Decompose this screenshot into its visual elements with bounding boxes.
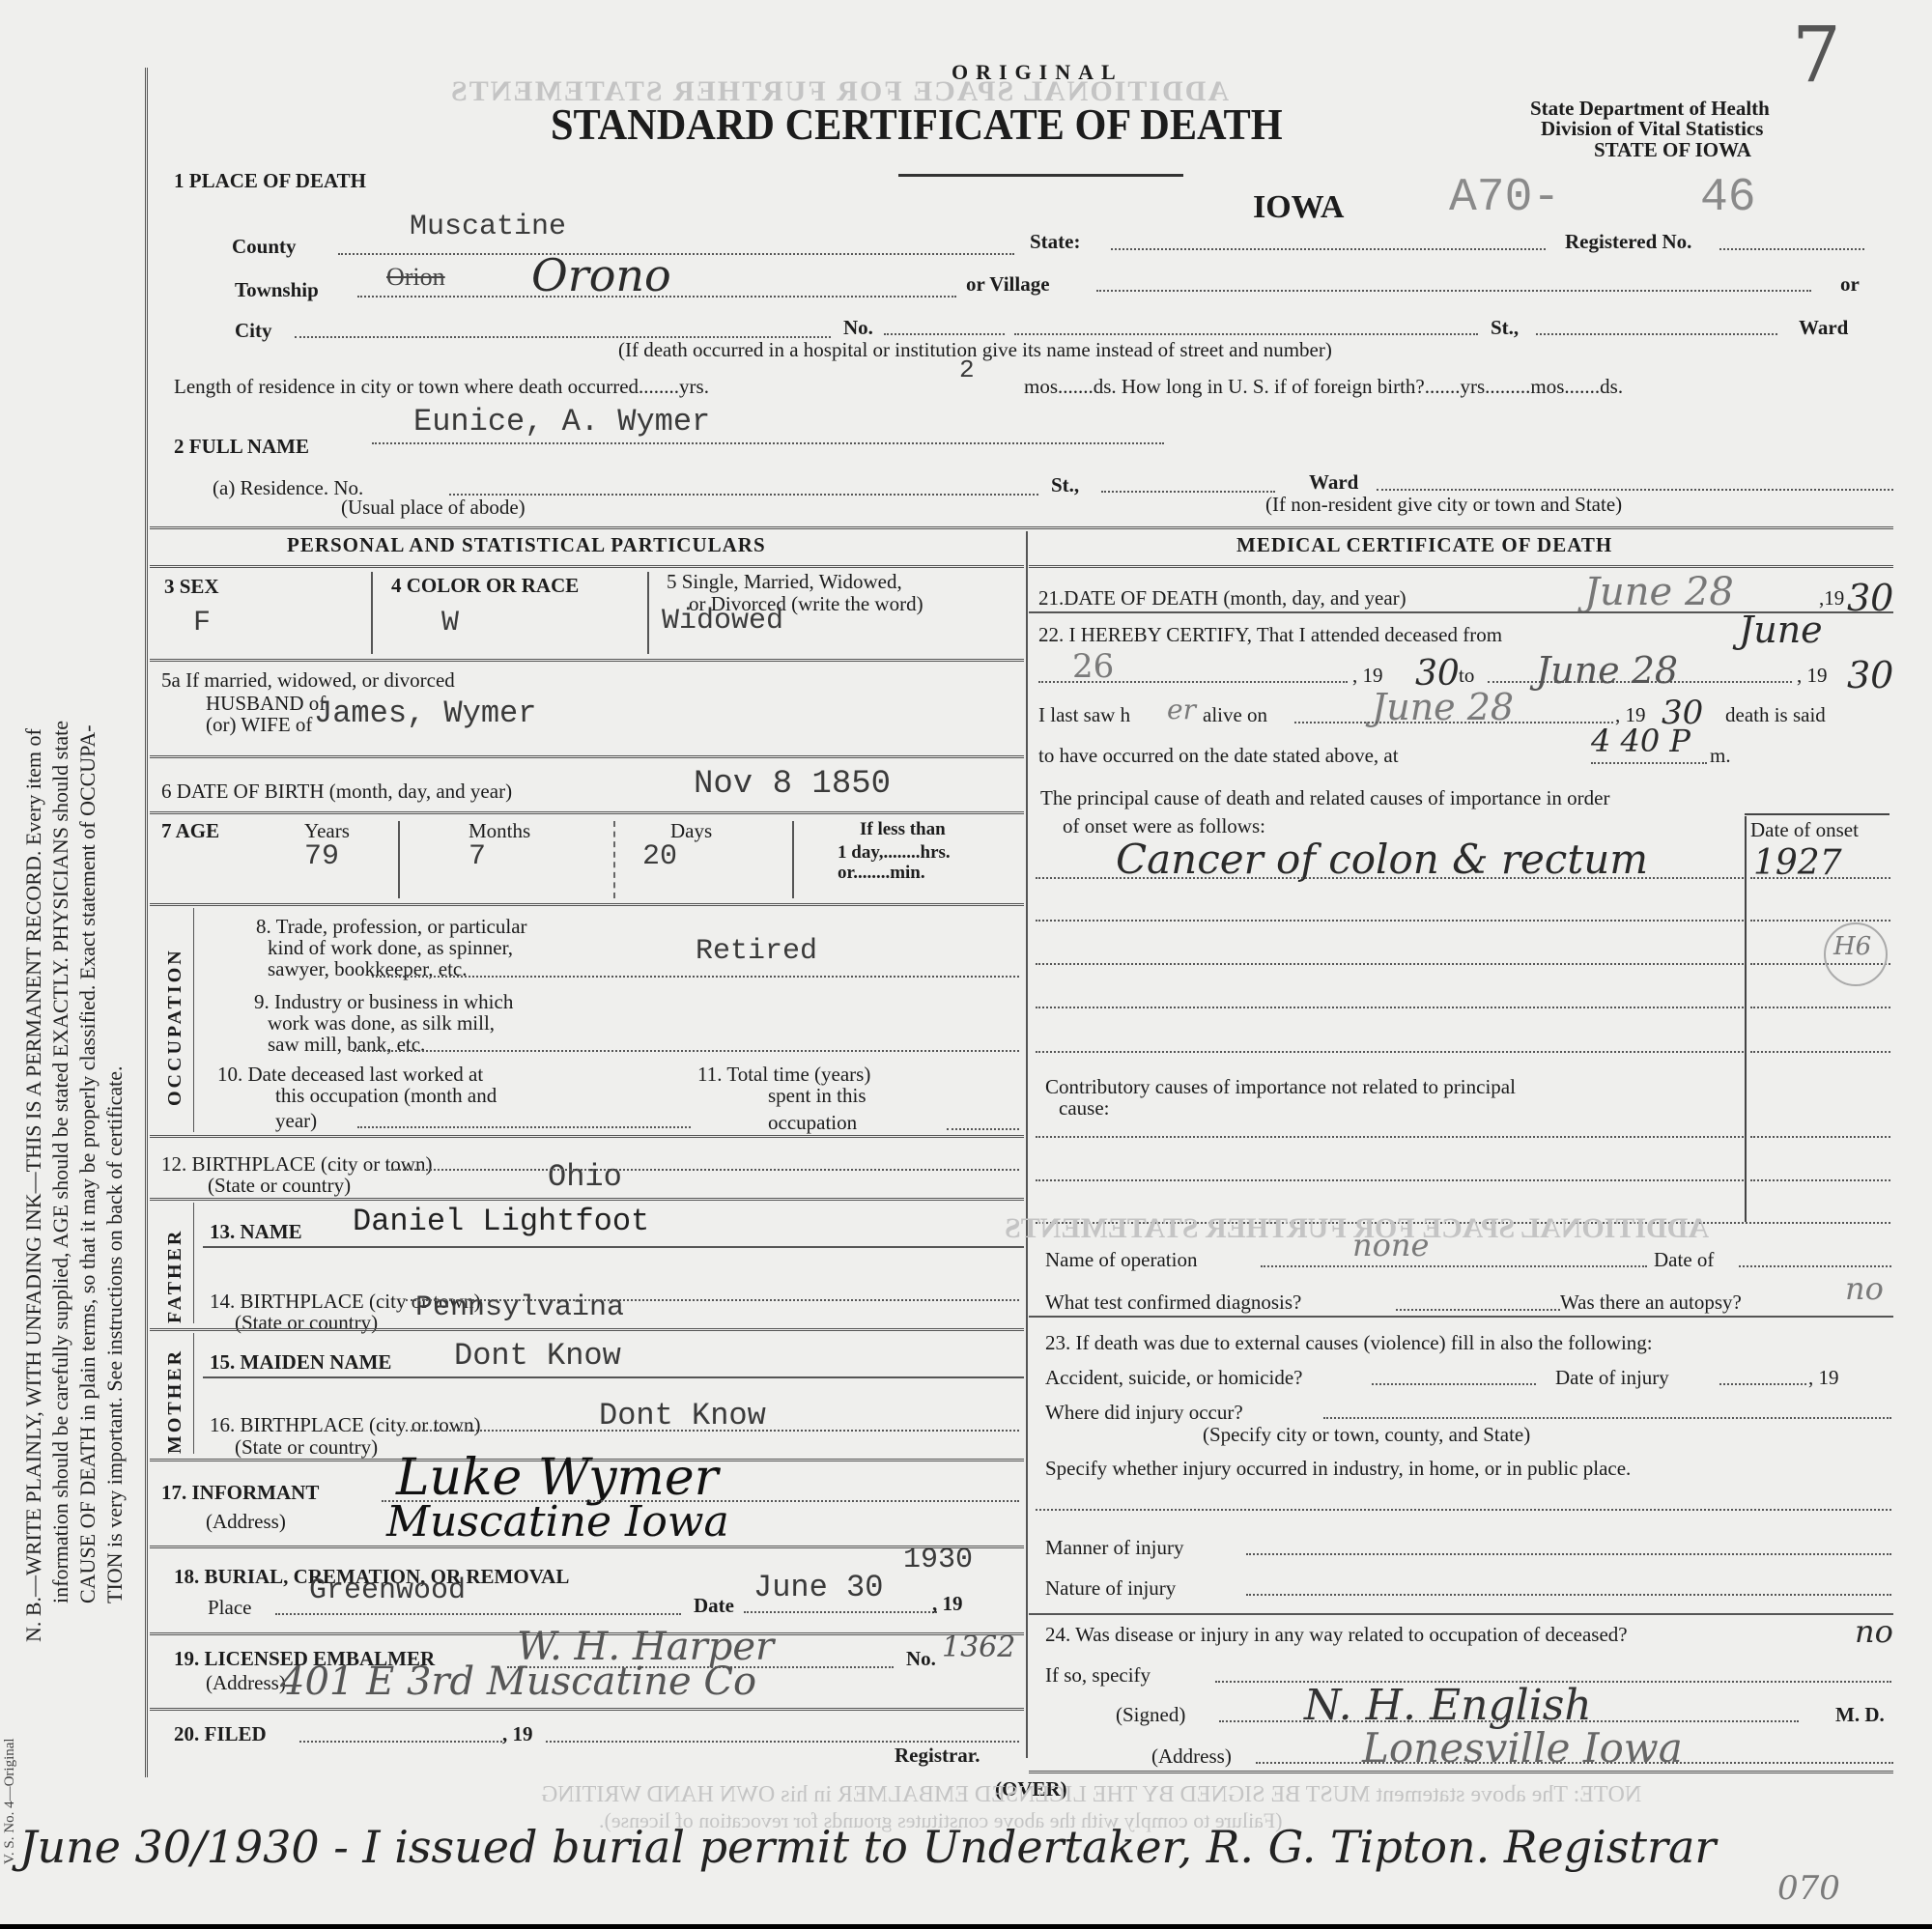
q11-line2: spent in this	[768, 1084, 867, 1108]
embalmer-no-value: 1362	[942, 1631, 1015, 1664]
nature-line	[1246, 1594, 1891, 1596]
row-divider	[1029, 565, 1893, 568]
signed-label: (Signed)	[1116, 1703, 1185, 1727]
residence-st-line	[1101, 491, 1275, 493]
mother-maiden-value: Dont Know	[454, 1338, 621, 1374]
city-no-label: No.	[843, 316, 873, 340]
certify-to-year-label: , 19	[1797, 664, 1828, 688]
physician-address-value: Lonesville Iowa	[1362, 1724, 1683, 1772]
contributory-label-1: Contributory causes of importance not re…	[1045, 1075, 1516, 1099]
age-label: 7 AGE	[161, 819, 219, 843]
birthplace-value: Ohio	[548, 1159, 622, 1195]
informant-label: 17. INFORMANT	[161, 1481, 319, 1505]
row-divider	[1029, 1613, 1893, 1615]
mother-birthplace-label-2: (State or country)	[235, 1435, 378, 1460]
cell-divider	[792, 821, 794, 898]
row-divider	[150, 1198, 1024, 1201]
certify-from-year-label: , 19	[1352, 664, 1383, 688]
injury-date-label: Date of injury	[1555, 1366, 1669, 1390]
contributory-onset-line-2	[1750, 1179, 1890, 1181]
where-injury-label: Where did injury occur?	[1045, 1401, 1243, 1425]
nature-label: Nature of injury	[1045, 1576, 1176, 1601]
date-of-death-year-label: ,19	[1819, 586, 1844, 610]
cause-of-death-value: Cancer of colon & rectum	[1116, 836, 1648, 883]
father-side-label: FATHER	[164, 1229, 186, 1323]
full-name-line	[372, 442, 1164, 444]
margin-instruction-line3: CAUSE OF DEATH in plain terms, so that i…	[75, 724, 100, 1603]
row-divider	[150, 1708, 1024, 1711]
contributory-line-1	[1036, 1136, 1744, 1138]
less-than-label-3: or........min.	[838, 863, 925, 884]
if-so-label: If so, specify	[1045, 1663, 1151, 1688]
where-injury-line	[1323, 1417, 1891, 1419]
autopsy-label: Was there an autopsy?	[1560, 1291, 1742, 1315]
village-field-line	[1096, 290, 1811, 292]
spouse-label-1: 5a If married, widowed, or divorced	[161, 668, 455, 693]
race-label: 4 COLOR OR RACE	[391, 574, 579, 598]
certify-to-year: 30	[1847, 654, 1893, 696]
section-divider	[150, 526, 1893, 529]
personal-section-title: PERSONAL AND STATISTICAL PARTICULARS	[287, 533, 766, 557]
occupation-value: Retired	[696, 935, 817, 968]
operation-date-line	[1739, 1265, 1891, 1267]
date-of-death-label: 21.DATE OF DEATH (month, day, and year)	[1038, 586, 1406, 610]
cause-line-1	[1036, 877, 1744, 879]
certify-to-line	[1488, 681, 1792, 683]
margin-instruction-line4: TION is very important. See instructions…	[102, 1065, 128, 1603]
row-divider	[150, 565, 1024, 568]
embalmer-no-label: No.	[906, 1647, 936, 1671]
full-name-label: 2 FULL NAME	[174, 435, 309, 459]
mother-birthplace-value: Dont Know	[599, 1398, 766, 1433]
burial-place-label: Place	[208, 1596, 251, 1620]
embalmer-address-label: (Address)	[206, 1671, 286, 1695]
last-saw-label: I last saw h	[1038, 703, 1130, 727]
injury-date-line	[1719, 1383, 1806, 1385]
filed-registrar-line	[546, 1741, 1019, 1743]
burial-date-line	[744, 1611, 937, 1613]
age-days-value: 20	[642, 840, 677, 873]
less-than-label-1: If less than	[860, 819, 946, 840]
place-of-death-label: 1 PLACE OF DEATH	[174, 169, 366, 193]
certify-to-value: June 28	[1536, 649, 1678, 692]
occurred-label: to have occurred on the date stated abov…	[1038, 744, 1399, 768]
county-label: County	[232, 235, 297, 259]
sex-value: F	[193, 607, 211, 639]
corner-handwritten-mark: 7	[1792, 10, 1841, 99]
dept-line3: STATE OF IOWA	[1594, 138, 1751, 162]
village-label: or Village	[966, 272, 1050, 297]
row-divider	[203, 1376, 1024, 1378]
last-saw-alive-label: alive on	[1203, 703, 1267, 727]
test-line	[1396, 1309, 1560, 1311]
residence-length-rest: mos.......ds. How long in U. S. if of fo…	[1024, 375, 1623, 399]
margin-instruction-line1: N. B.—WRITE PLAINLY, WITH UNFADING INK—T…	[21, 728, 46, 1642]
last-saw-pronoun: er	[1167, 694, 1196, 725]
registrar-handwritten-note: June 30/1930 - I issued burial permit to…	[19, 1821, 1716, 1873]
state-label: State:	[1030, 230, 1080, 254]
state-field-line	[1111, 248, 1546, 250]
margin-instruction-line2: information should be carefully supplied…	[48, 721, 73, 1603]
township-field-line	[357, 296, 956, 298]
row-divider	[150, 903, 1024, 906]
external-causes-label: 23. If death was due to external causes …	[1045, 1331, 1653, 1355]
row-divider	[150, 1546, 1024, 1548]
row-divider	[150, 659, 1024, 662]
city-ward-label: Ward	[1799, 316, 1848, 340]
specify-injury-label: Specify whether injury occurred in indus…	[1045, 1457, 1631, 1481]
township-struck-value: Orion	[386, 263, 445, 292]
center-divider	[1026, 531, 1028, 1758]
father-birthplace-label-2: (State or country)	[235, 1311, 378, 1335]
onset-column-divider	[1745, 816, 1747, 1222]
spouse-value: James, Wymer	[314, 695, 536, 731]
row-divider	[1029, 1771, 1893, 1773]
side-label-divider	[193, 1203, 194, 1323]
side-label-divider	[193, 1333, 194, 1454]
birthplace-label-2: (State or country)	[208, 1174, 351, 1198]
registration-stamp-number: 46	[1700, 172, 1756, 224]
informant-address-value: Muscatine Iowa	[386, 1497, 729, 1546]
spouse-label-3: (or) WIFE of	[206, 713, 312, 737]
row-divider	[150, 1328, 1024, 1331]
mother-side-label: MOTHER	[164, 1348, 186, 1454]
death-said-label: death is said	[1725, 703, 1826, 727]
dob-label: 6 DATE OF BIRTH (month, day, and year)	[161, 780, 512, 804]
city-street-line	[1014, 333, 1478, 335]
father-name-label: 13. NAME	[210, 1220, 302, 1244]
city-label: City	[235, 319, 272, 343]
burial-year-label: , 19	[932, 1592, 963, 1616]
manner-label: Manner of injury	[1045, 1536, 1183, 1560]
sex-label: 3 SEX	[164, 575, 219, 599]
certify-label: 22. I HEREBY CERTIFY, That I attended de…	[1038, 623, 1502, 647]
age-months-value: 7	[469, 840, 486, 873]
physician-signature: N. H. English	[1304, 1681, 1592, 1730]
city-st-label: St.,	[1491, 316, 1519, 340]
certify-from-month: June	[1739, 609, 1823, 651]
marital-value: Widowed	[662, 605, 783, 638]
residence-st-label: St.,	[1051, 473, 1079, 497]
township-label: Township	[235, 278, 319, 302]
occurred-time-value: 4 40 P	[1591, 723, 1690, 759]
county-value: Muscatine	[410, 211, 566, 243]
township-value: Orono	[531, 249, 671, 301]
row-divider	[203, 1246, 1024, 1248]
filed-date-line	[299, 1741, 502, 1743]
certify-from-day: 26	[1072, 647, 1114, 686]
q10-line3: year)	[275, 1109, 317, 1133]
cell-divider	[371, 572, 373, 654]
full-name-value: Eunice, A. Wymer	[413, 404, 710, 440]
registered-no-label: Registered No.	[1565, 230, 1691, 254]
race-value: W	[441, 607, 459, 639]
registration-stamp-prefix: A70-	[1449, 172, 1560, 224]
q11-line3: occupation	[768, 1111, 857, 1135]
abode-note: (Usual place of abode)	[341, 496, 526, 520]
registrar-label: Registrar.	[895, 1744, 980, 1768]
q8-line3: sawyer, bookkeeper, etc.	[268, 957, 467, 981]
cell-divider	[613, 821, 615, 898]
certify-to-label: to	[1459, 664, 1474, 688]
medical-section-title: MEDICAL CERTIFICATE OF DEATH	[1236, 533, 1612, 557]
hospital-note: (If death occurred in a hospital or inst…	[618, 338, 1332, 362]
injury-year-label: , 19	[1808, 1366, 1839, 1390]
residence-length-label: Length of residence in city or town wher…	[174, 375, 709, 399]
nonresident-note: (If non-resident give city or town and S…	[1265, 493, 1622, 517]
cause-line-4	[1036, 1007, 1744, 1008]
mother-birthplace-line	[406, 1430, 1019, 1432]
residence-ward-line	[1377, 489, 1893, 491]
form-number: V. S. No. 4—Original	[2, 1738, 18, 1864]
certify-from-line	[1038, 681, 1348, 683]
onset-line-1	[1750, 877, 1890, 879]
residence-months-value: 2	[959, 355, 975, 384]
row-divider	[150, 811, 1024, 814]
city-no-line	[884, 333, 1005, 335]
cause-intro-1: The principal cause of death and related…	[1040, 786, 1610, 810]
occupation-side-label: OCCUPATION	[164, 948, 186, 1106]
md-label: M. D.	[1835, 1703, 1885, 1727]
test-label: What test confirmed diagnosis?	[1045, 1291, 1301, 1315]
birthplace-line	[386, 1169, 1019, 1171]
physician-address-label: (Address)	[1151, 1745, 1232, 1769]
manner-line	[1246, 1553, 1891, 1555]
informant-address-label: (Address)	[206, 1510, 286, 1534]
row-divider	[150, 755, 1024, 758]
age-years-value: 79	[304, 840, 339, 873]
scan-bottom-edge	[0, 1924, 1932, 1929]
dob-value: Nov 8 1850	[694, 766, 891, 803]
row-divider	[1029, 1316, 1893, 1318]
title-rule	[898, 174, 1183, 177]
occupation-related-label: 24. Was disease or injury in any way rel…	[1045, 1623, 1628, 1647]
father-birthplace-line	[406, 1299, 1019, 1301]
where-injury-note: (Specify city or town, county, and State…	[1203, 1423, 1530, 1447]
cause-line-5	[1036, 1051, 1744, 1053]
occupation-related-value: no	[1855, 1613, 1893, 1650]
occupation-line	[372, 976, 1019, 978]
burial-place-line	[275, 1613, 681, 1615]
burial-year-value: 1930	[903, 1544, 973, 1576]
total-time-line	[947, 1128, 1019, 1130]
burial-date-label: Date	[694, 1594, 734, 1618]
burial-place-value: Greenwood	[309, 1574, 466, 1607]
original-label: ORIGINAL	[952, 60, 1123, 85]
embalmer-address-value: 401 E 3rd Muscatine Co	[280, 1660, 756, 1704]
registered-no-line	[1719, 248, 1864, 250]
state-value: IOWA	[1253, 189, 1344, 226]
mother-maiden-label: 15. MAIDEN NAME	[210, 1350, 391, 1375]
cell-divider	[647, 572, 649, 654]
onset-line-4	[1750, 1007, 1890, 1008]
side-label-divider	[193, 908, 194, 1132]
occurred-time-line	[1591, 762, 1707, 764]
operation-label: Name of operation	[1045, 1248, 1197, 1272]
onset-line-5	[1750, 1051, 1890, 1053]
cause-line-2	[1036, 920, 1744, 922]
bleed-through-note-1: NOTE: The above statement MUST BE SIGNED…	[541, 1782, 1641, 1808]
accident-line	[1372, 1383, 1536, 1385]
residence-no-line	[449, 494, 1038, 496]
city-ward-line	[1536, 333, 1777, 335]
residence-ward-label: Ward	[1309, 470, 1358, 495]
operation-value: none	[1352, 1227, 1429, 1263]
industry-line	[353, 1050, 1019, 1052]
handwritten-code: 070	[1777, 1869, 1840, 1908]
mother-birthplace-label-1: 16. BIRTHPLACE (city or town)	[210, 1413, 480, 1437]
operation-line	[1261, 1265, 1647, 1267]
onset-header-rule	[1745, 813, 1889, 815]
less-than-label-2: 1 day,........hrs.	[838, 842, 951, 864]
autopsy-value: no	[1845, 1270, 1884, 1307]
cause-line-3	[1036, 963, 1744, 965]
filed-label: 20. FILED	[174, 1722, 267, 1746]
father-name-value: Daniel Lightfoot	[353, 1204, 649, 1239]
date-of-death-value: June 28	[1584, 570, 1734, 614]
burial-date-value: June 30	[753, 1570, 883, 1605]
coding-circle-mark: H6	[1833, 932, 1871, 961]
outer-frame-left	[145, 68, 148, 1777]
contributory-onset-line-1	[1750, 1136, 1890, 1138]
county-field-line	[338, 253, 1014, 255]
or-label: or	[1840, 272, 1860, 297]
contributory-line-2	[1036, 1179, 1744, 1181]
onset-line-2	[1750, 920, 1890, 922]
accident-label: Accident, suicide, or homicide?	[1045, 1366, 1303, 1390]
q9-line3: saw mill, bank, etc.	[268, 1033, 425, 1057]
cell-divider	[398, 821, 400, 898]
last-saw-line	[1294, 722, 1613, 723]
onset-header: Date of onset	[1750, 818, 1859, 842]
q10-line2: this occupation (month and	[275, 1084, 497, 1108]
contributory-label-2: cause:	[1059, 1096, 1109, 1121]
signed-line	[1219, 1720, 1799, 1722]
filed-year-label: , 19	[502, 1722, 533, 1746]
marital-label-1: 5 Single, Married, Widowed,	[667, 570, 902, 594]
m-label: m.	[1710, 744, 1731, 768]
specify-injury-line	[1036, 1509, 1891, 1511]
date-of-operation-label: Date of	[1654, 1248, 1714, 1272]
father-birthplace-value: Pennsylvaina	[415, 1291, 624, 1324]
row-divider	[150, 1135, 1024, 1138]
physician-address-line	[1256, 1762, 1893, 1764]
last-worked-line	[357, 1126, 691, 1128]
page-title: STANDARD CERTIFICATE OF DEATH	[551, 99, 1283, 150]
